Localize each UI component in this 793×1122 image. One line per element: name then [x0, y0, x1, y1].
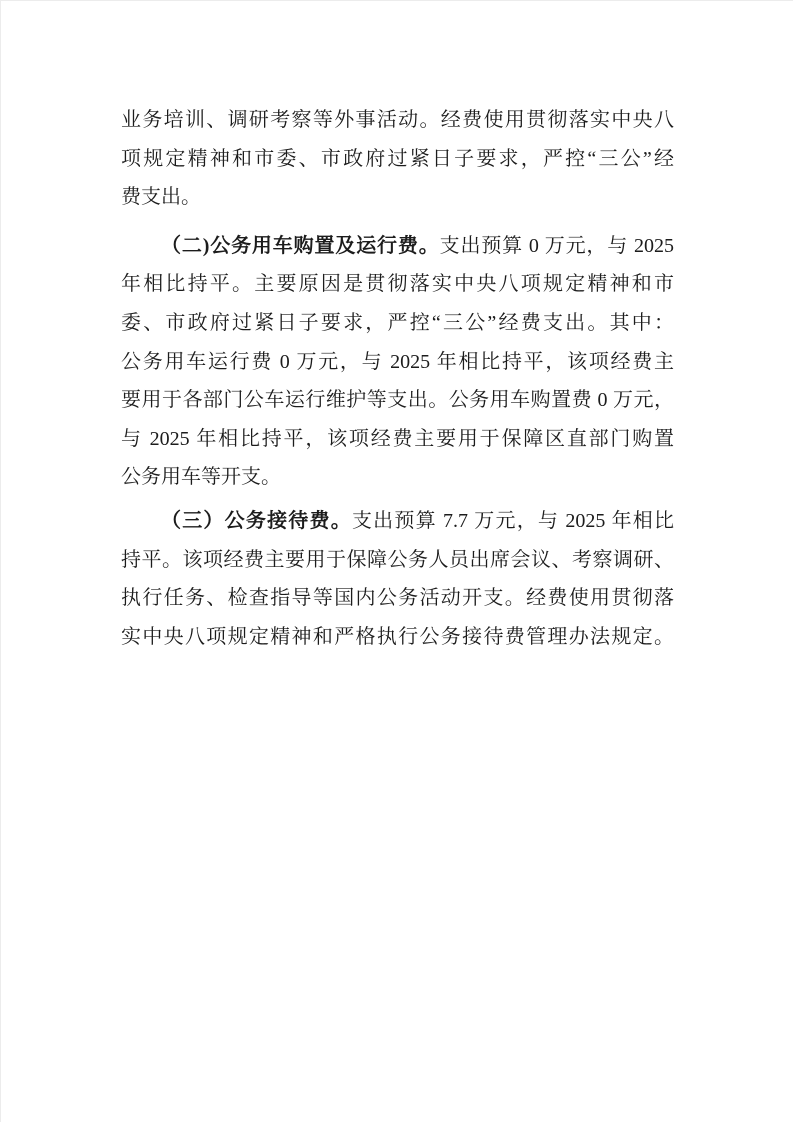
text-line: 执行任务、检查指导等国内公务活动开支。经费使用贯彻落	[121, 579, 674, 618]
text-line: 项规定精神和市委、市政府过紧日子要求，严控“三公”经	[121, 140, 674, 179]
line-text: 支出预算 7.7 万元，与 2025 年相比	[352, 510, 674, 532]
text-line: 费支出。	[121, 178, 674, 217]
document-page: 业务培训、调研考察等外事活动。经费使用贯彻落实中央八项规定精神和市委、市政府过紧…	[0, 0, 793, 1122]
text-line: 公务用车运行费 0 万元，与 2025 年相比持平，该项经费主	[121, 343, 674, 382]
text-line: 业务培训、调研考察等外事活动。经费使用贯彻落实中央八	[121, 101, 674, 140]
text-line: 与 2025 年相比持平，该项经费主要用于保障区直部门购置	[121, 420, 674, 459]
text-line: （二)公务用车购置及运行费。支出预算 0 万元，与 2025	[121, 227, 674, 266]
document-body: 业务培训、调研考察等外事活动。经费使用贯彻落实中央八项规定精神和市委、市政府过紧…	[121, 101, 674, 656]
para-official-reception-expense: （三）公务接待费。支出预算 7.7 万元，与 2025 年相比持平。该项经费主要…	[121, 502, 674, 656]
text-line: 实中央八项规定精神和严格执行公务接待费管理办法规定。	[121, 618, 674, 657]
text-line: （三）公务接待费。支出预算 7.7 万元，与 2025 年相比	[121, 502, 674, 541]
para-official-vehicle-expense: （二)公务用车购置及运行费。支出预算 0 万元，与 2025年相比持平。主要原因…	[121, 227, 674, 497]
line-text: 支出预算 0 万元，与 2025	[440, 235, 674, 257]
paragraph-lead-bold: （二)公务用车购置及运行费。	[161, 235, 440, 257]
text-line: 要用于各部门公车运行维护等支出。公务用车购置费 0 万元，	[121, 381, 674, 420]
text-line: 委、市政府过紧日子要求，严控“三公”经费支出。其中：	[121, 304, 674, 343]
text-line: 公务用车等开支。	[121, 458, 674, 497]
paragraph-lead-bold: （三）公务接待费。	[161, 510, 352, 532]
para-training-expense-continuation: 业务培训、调研考察等外事活动。经费使用贯彻落实中央八项规定精神和市委、市政府过紧…	[121, 101, 674, 217]
text-line: 年相比持平。主要原因是贯彻落实中央八项规定精神和市	[121, 265, 674, 304]
text-line: 持平。该项经费主要用于保障公务人员出席会议、考察调研、	[121, 541, 674, 580]
